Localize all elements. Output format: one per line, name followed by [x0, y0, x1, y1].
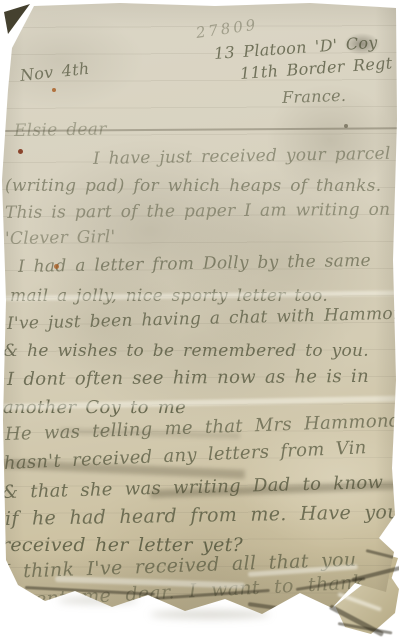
- tear-shadow: [150, 610, 270, 619]
- edge-vignette: [0, 0, 399, 634]
- letter-photograph: 27809 13 Platoon 'D' Coy 11th Border Reg…: [0, 0, 399, 640]
- letter-paper: 27809 13 Platoon 'D' Coy 11th Border Reg…: [0, 0, 399, 634]
